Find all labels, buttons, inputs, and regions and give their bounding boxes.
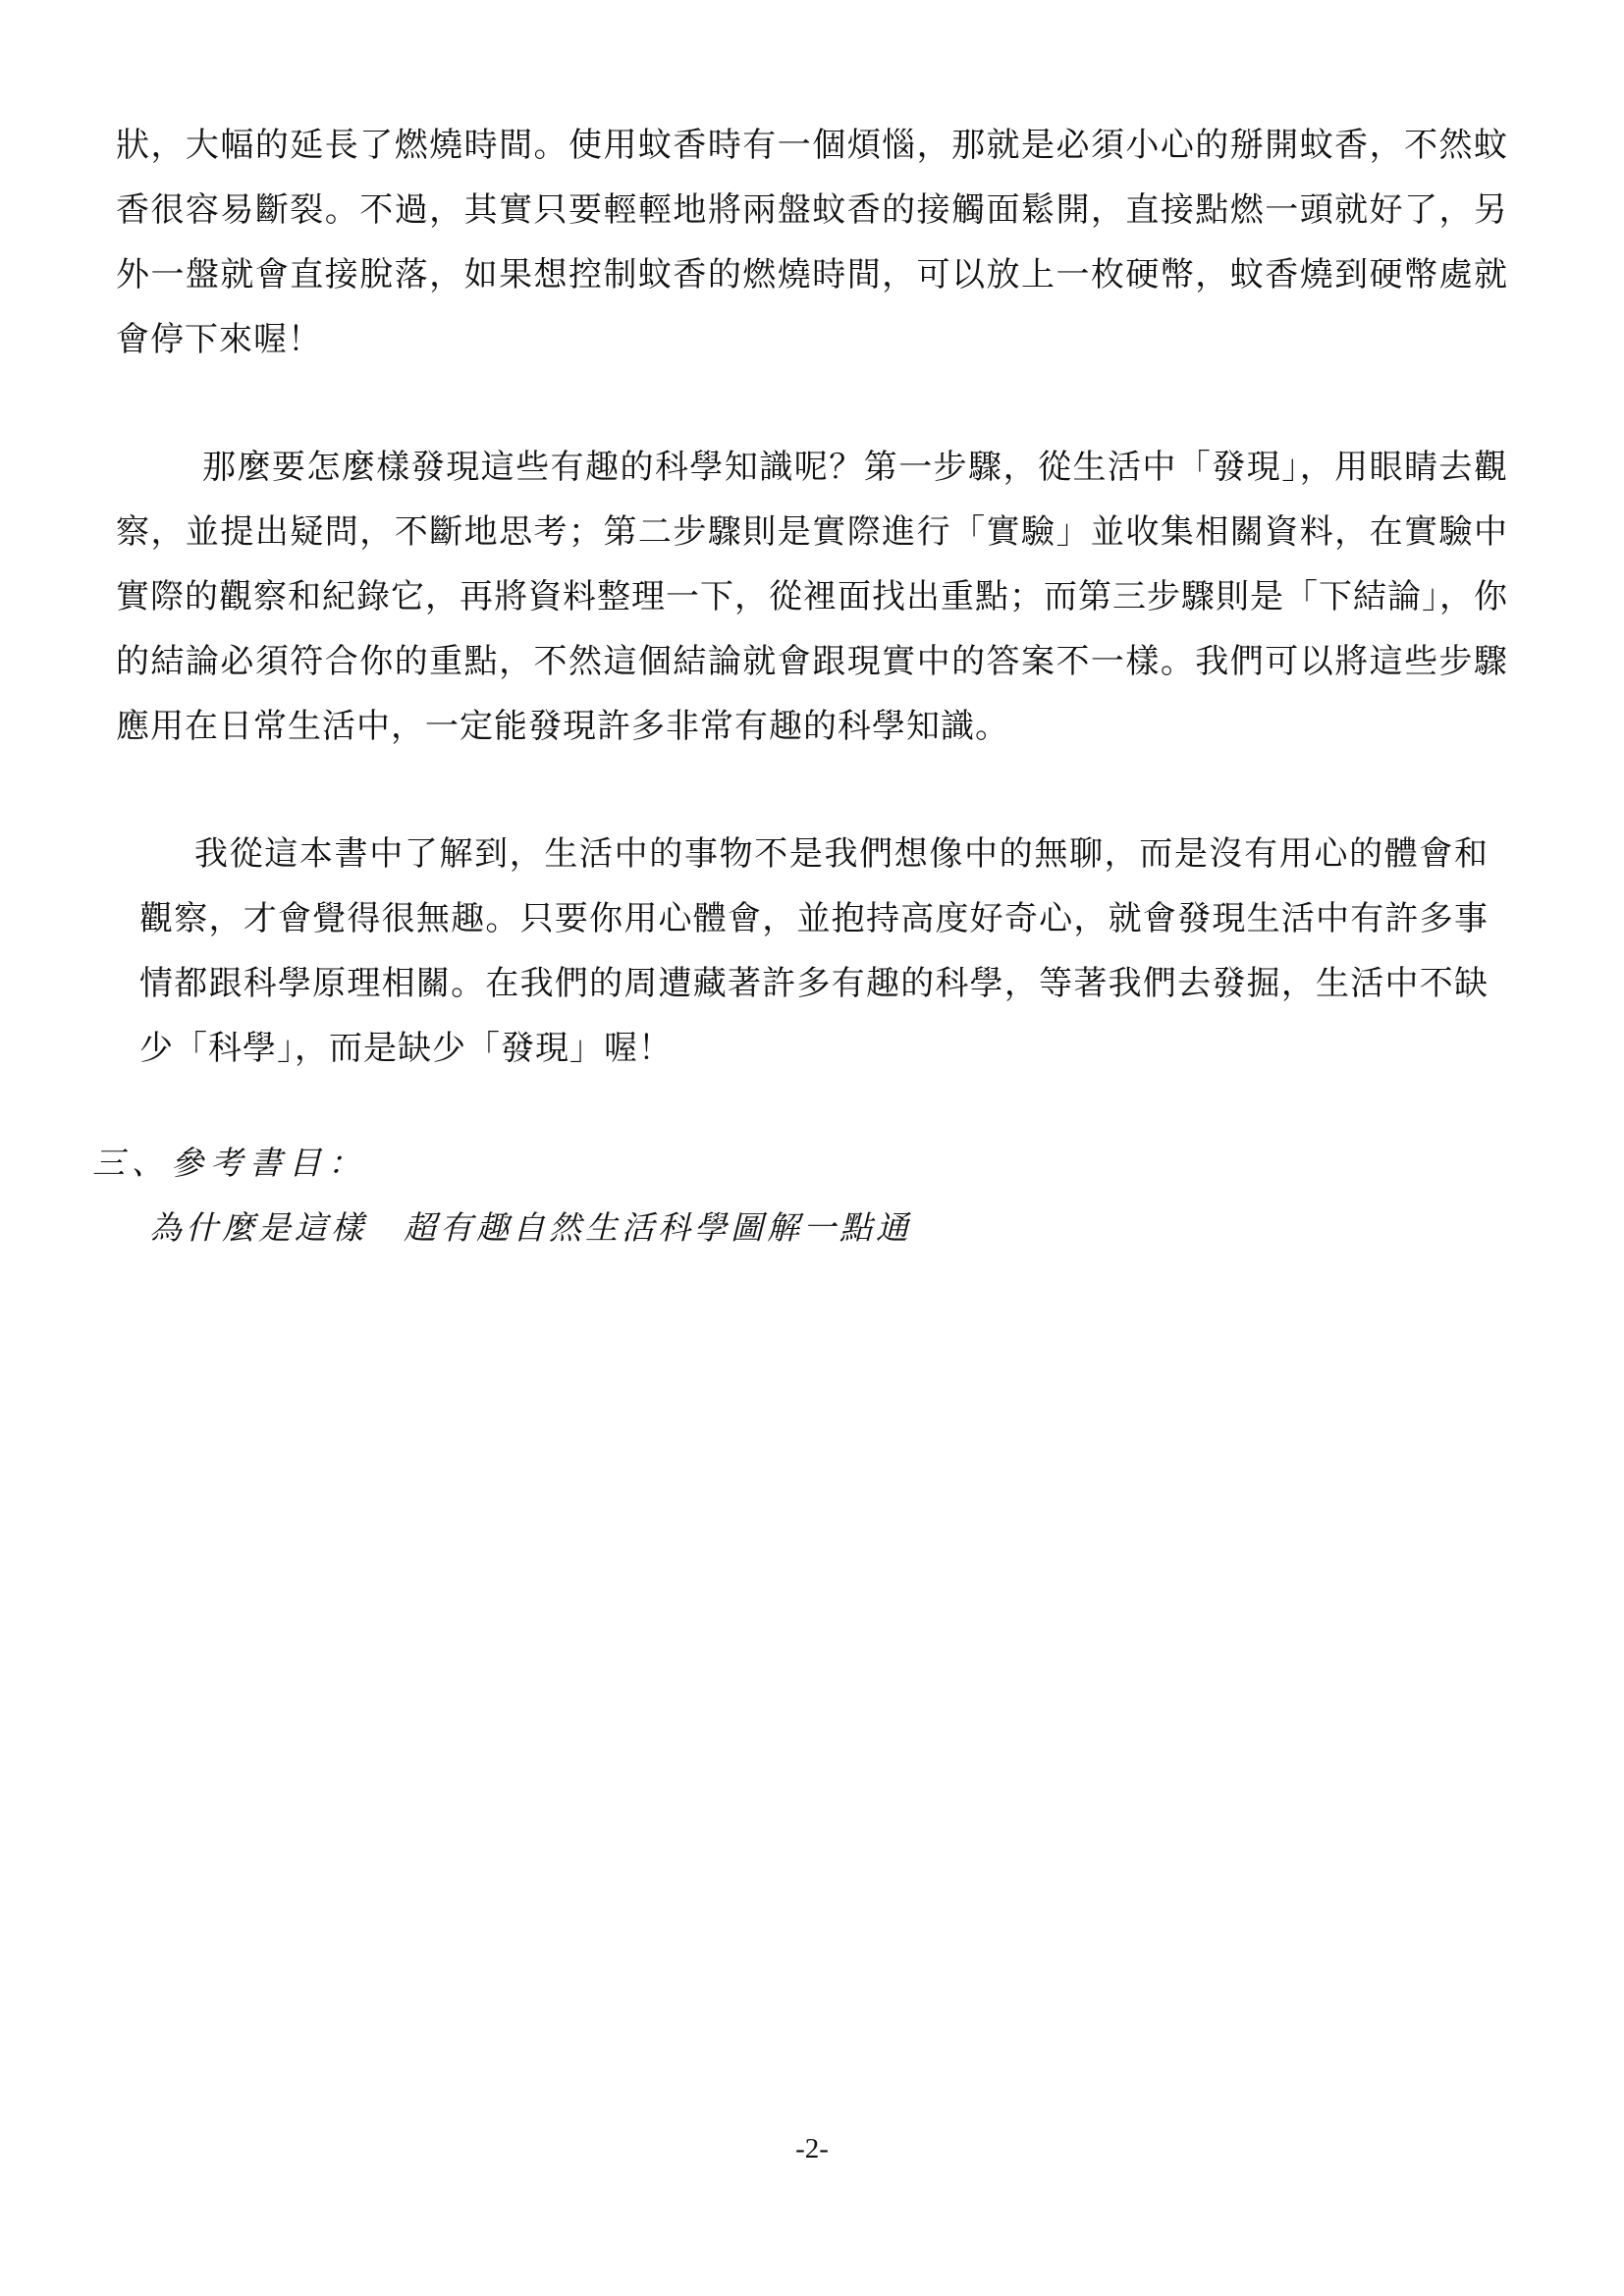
body-paragraph-1: 狀，大幅的延長了燃燒時間。使用蚊香時有一個煩惱，那就是必須小心的掰開蚊香，不然蚊… (116, 114, 1508, 373)
body-paragraph-3: 我從這本書中了解到，生活中的事物不是我們想像中的無聊，而是沒有用心的體會和觀察，… (139, 823, 1489, 1082)
references-heading: 三、參考書目： (92, 1143, 1508, 1186)
page-content: 狀，大幅的延長了燃燒時間。使用蚊香時有一個煩惱，那就是必須小心的掰開蚊香，不然蚊… (116, 98, 1508, 1251)
body-paragraph-2: 那麼要怎麼樣發現這些有趣的科學知識呢？第一步驟，從生活中「發現」，用眼睛去觀察，… (116, 436, 1508, 760)
page-number: -2- (0, 2132, 1624, 2165)
reference-item: 為什麼是這樣 超有趣自然生活科學圖解一點通 (149, 1207, 1508, 1251)
document-page: 狀，大幅的延長了燃燒時間。使用蚊香時有一個煩惱，那就是必須小心的掰開蚊香，不然蚊… (0, 0, 1624, 2296)
